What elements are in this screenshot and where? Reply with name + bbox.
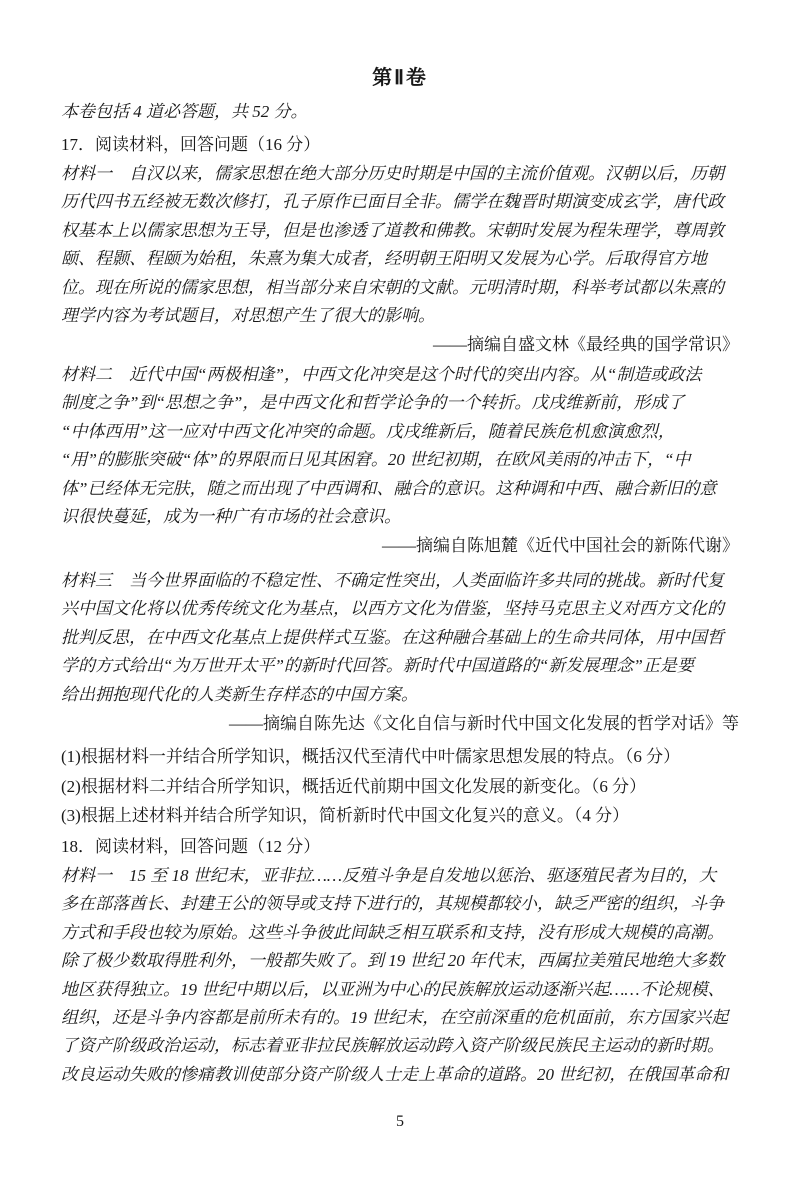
text-line: 多在部落酋长、封建王公的领导或支持下进行的，其规模都较小，缺乏严密的组织，斗争 [61,890,739,918]
text-line: 历代四书五经被无数次修打，孔子原作已面目全非。儒学在魏晋时期演变成玄学，唐代政 [61,188,739,216]
text-line: 权基本上以儒家思想为王导，但是也渗透了道教和佛教。宋朝时发展为程朱理学，尊周敦 [61,217,739,245]
text-line: 除了极少数取得胜利外，一般都失败了。到 19 世纪 20 年代末，西属拉美殖民地… [61,947,739,975]
text-line: 组织，还是斗争内容都是前所未有的。19 世纪末，在空前深重的危机面前，东方国家兴… [61,1004,739,1032]
subquestion-3: (3)根据上述材料并结合所学知识，简析新时代中国文化复兴的意义。（4 分） [61,801,739,831]
q18-material-1: 材料一 15 至 18 世纪末，亚非拉……反殖斗争是自发地以惩治、驱逐殖民者为目… [61,862,739,1089]
text-line: 制度之争”到“思想之争”，是中西文化和哲学论争的一个转折。戊戌维新前，形成了 [61,389,739,417]
text-line: 兴中国文化将以优秀传统文化为基点，以西方文化为借鉴，坚持马克思主义对西方文化的 [61,595,739,623]
text-line: 给出拥抱现代化的人类新生存样态的中国方案。 [61,681,739,709]
text-line: 颐、程颢、程颐为始租，朱熹为集大成者，经明朝王阳明又发展为心学。后取得官方地 [61,245,739,273]
text-line: 了资产阶级政治运动，标志着亚非拉民族解放运动跨入资产阶级民族民主运动的新时期。 [61,1032,739,1060]
text-line: “用”的膨胀突破“体”的界限而日见其困窘。20 世纪初期，在欧风美雨的冲击下，“… [61,446,739,474]
q17-material-2-source: ——摘编自陈旭麓《近代中国社会的新陈代谢》 [61,531,739,561]
text-line: 地区获得独立。19 世纪中期以后，以亚洲为中心的民族解放运动逐渐兴起……不论规模… [61,976,739,1004]
text-line: 位。现在所说的儒家思想，相当部分来自宋朝的文献。元明清时期，科举考试都以朱熹的 [61,274,739,302]
page-number: 5 [61,1113,739,1131]
exam-intro-note: 本卷包括 4 道必答题，共 52 分。 [61,98,739,126]
text-line: 理学内容为考试题目，对思想产生了很大的影响。 [61,302,739,330]
q17-material-1-source: ——摘编自盛文林《最经典的国学常识》 [61,330,739,360]
text-line: 改良运动失败的惨痛教训使部分资产阶级人士走上革命的道路。20 世纪初，在俄国革命… [61,1061,739,1089]
text-line: 材料二 近代中国“两极相逢”，中西文化冲突是这个时代的突出内容。从“制造或政法 [61,361,739,389]
question-18-heading: 18．阅读材料，回答问题（12 分） [61,831,739,862]
question-17-heading: 17．阅读材料，回答问题（16 分） [61,129,739,160]
text-line: 材料一 15 至 18 世纪末，亚非拉……反殖斗争是自发地以惩治、驱逐殖民者为目… [61,862,739,890]
text-line: 体”已经体无完肤，随之而出现了中西调和、融合的意识。这种调和中西、融合新旧的意 [61,475,739,503]
q17-material-1: 材料一 自汉以来，儒家思想在绝大部分历史时期是中国的主流价值观。汉朝以后，历朝 … [61,160,739,330]
subquestion-1: (1)根据材料一并结合所学知识，概括汉代至清代中叶儒家思想发展的特点。（6 分） [61,742,739,772]
q17-material-3: 材料三 当今世界面临的不稳定性、不确定性突出，人类面临许多共同的挑战。新时代复 … [61,567,739,709]
page-title: 第Ⅱ卷 [61,64,739,92]
q17-subquestions: (1)根据材料一并结合所学知识，概括汉代至清代中叶儒家思想发展的特点。（6 分）… [61,742,739,831]
subquestion-2: (2)根据材料二并结合所学知识，概括近代前期中国文化发展的新变化。（6 分） [61,772,739,802]
text-line: 识很快蔓延，成为一种广有市场的社会意识。 [61,503,739,531]
q17-material-3-source: ——摘编自陈先达《文化自信与新时代中国文化发展的哲学对话》等 [61,709,739,739]
text-line: 方式和手段也较为原始。这些斗争彼此间缺乏相互联系和支持，没有形成大规模的高潮。 [61,919,739,947]
q17-material-2: 材料二 近代中国“两极相逢”，中西文化冲突是这个时代的突出内容。从“制造或政法 … [61,361,739,531]
text-line: 学的方式给出“为万世开太平”的新时代回答。新时代中国道路的“新发展理念”正是要 [61,652,739,680]
exam-page: 第Ⅱ卷 本卷包括 4 道必答题，共 52 分。 17．阅读材料，回答问题（16 … [0,0,800,1196]
text-line: “中体西用”这一应对中西文化冲突的命题。戊戌维新后，随着民族危机愈演愈烈， [61,418,739,446]
text-line: 材料一 自汉以来，儒家思想在绝大部分历史时期是中国的主流价值观。汉朝以后，历朝 [61,160,739,188]
text-line: 批判反思，在中西文化基点上提供样式互鉴。在这种融合基础上的生命共同体，用中国哲 [61,624,739,652]
text-line: 材料三 当今世界面临的不稳定性、不确定性突出，人类面临许多共同的挑战。新时代复 [61,567,739,595]
